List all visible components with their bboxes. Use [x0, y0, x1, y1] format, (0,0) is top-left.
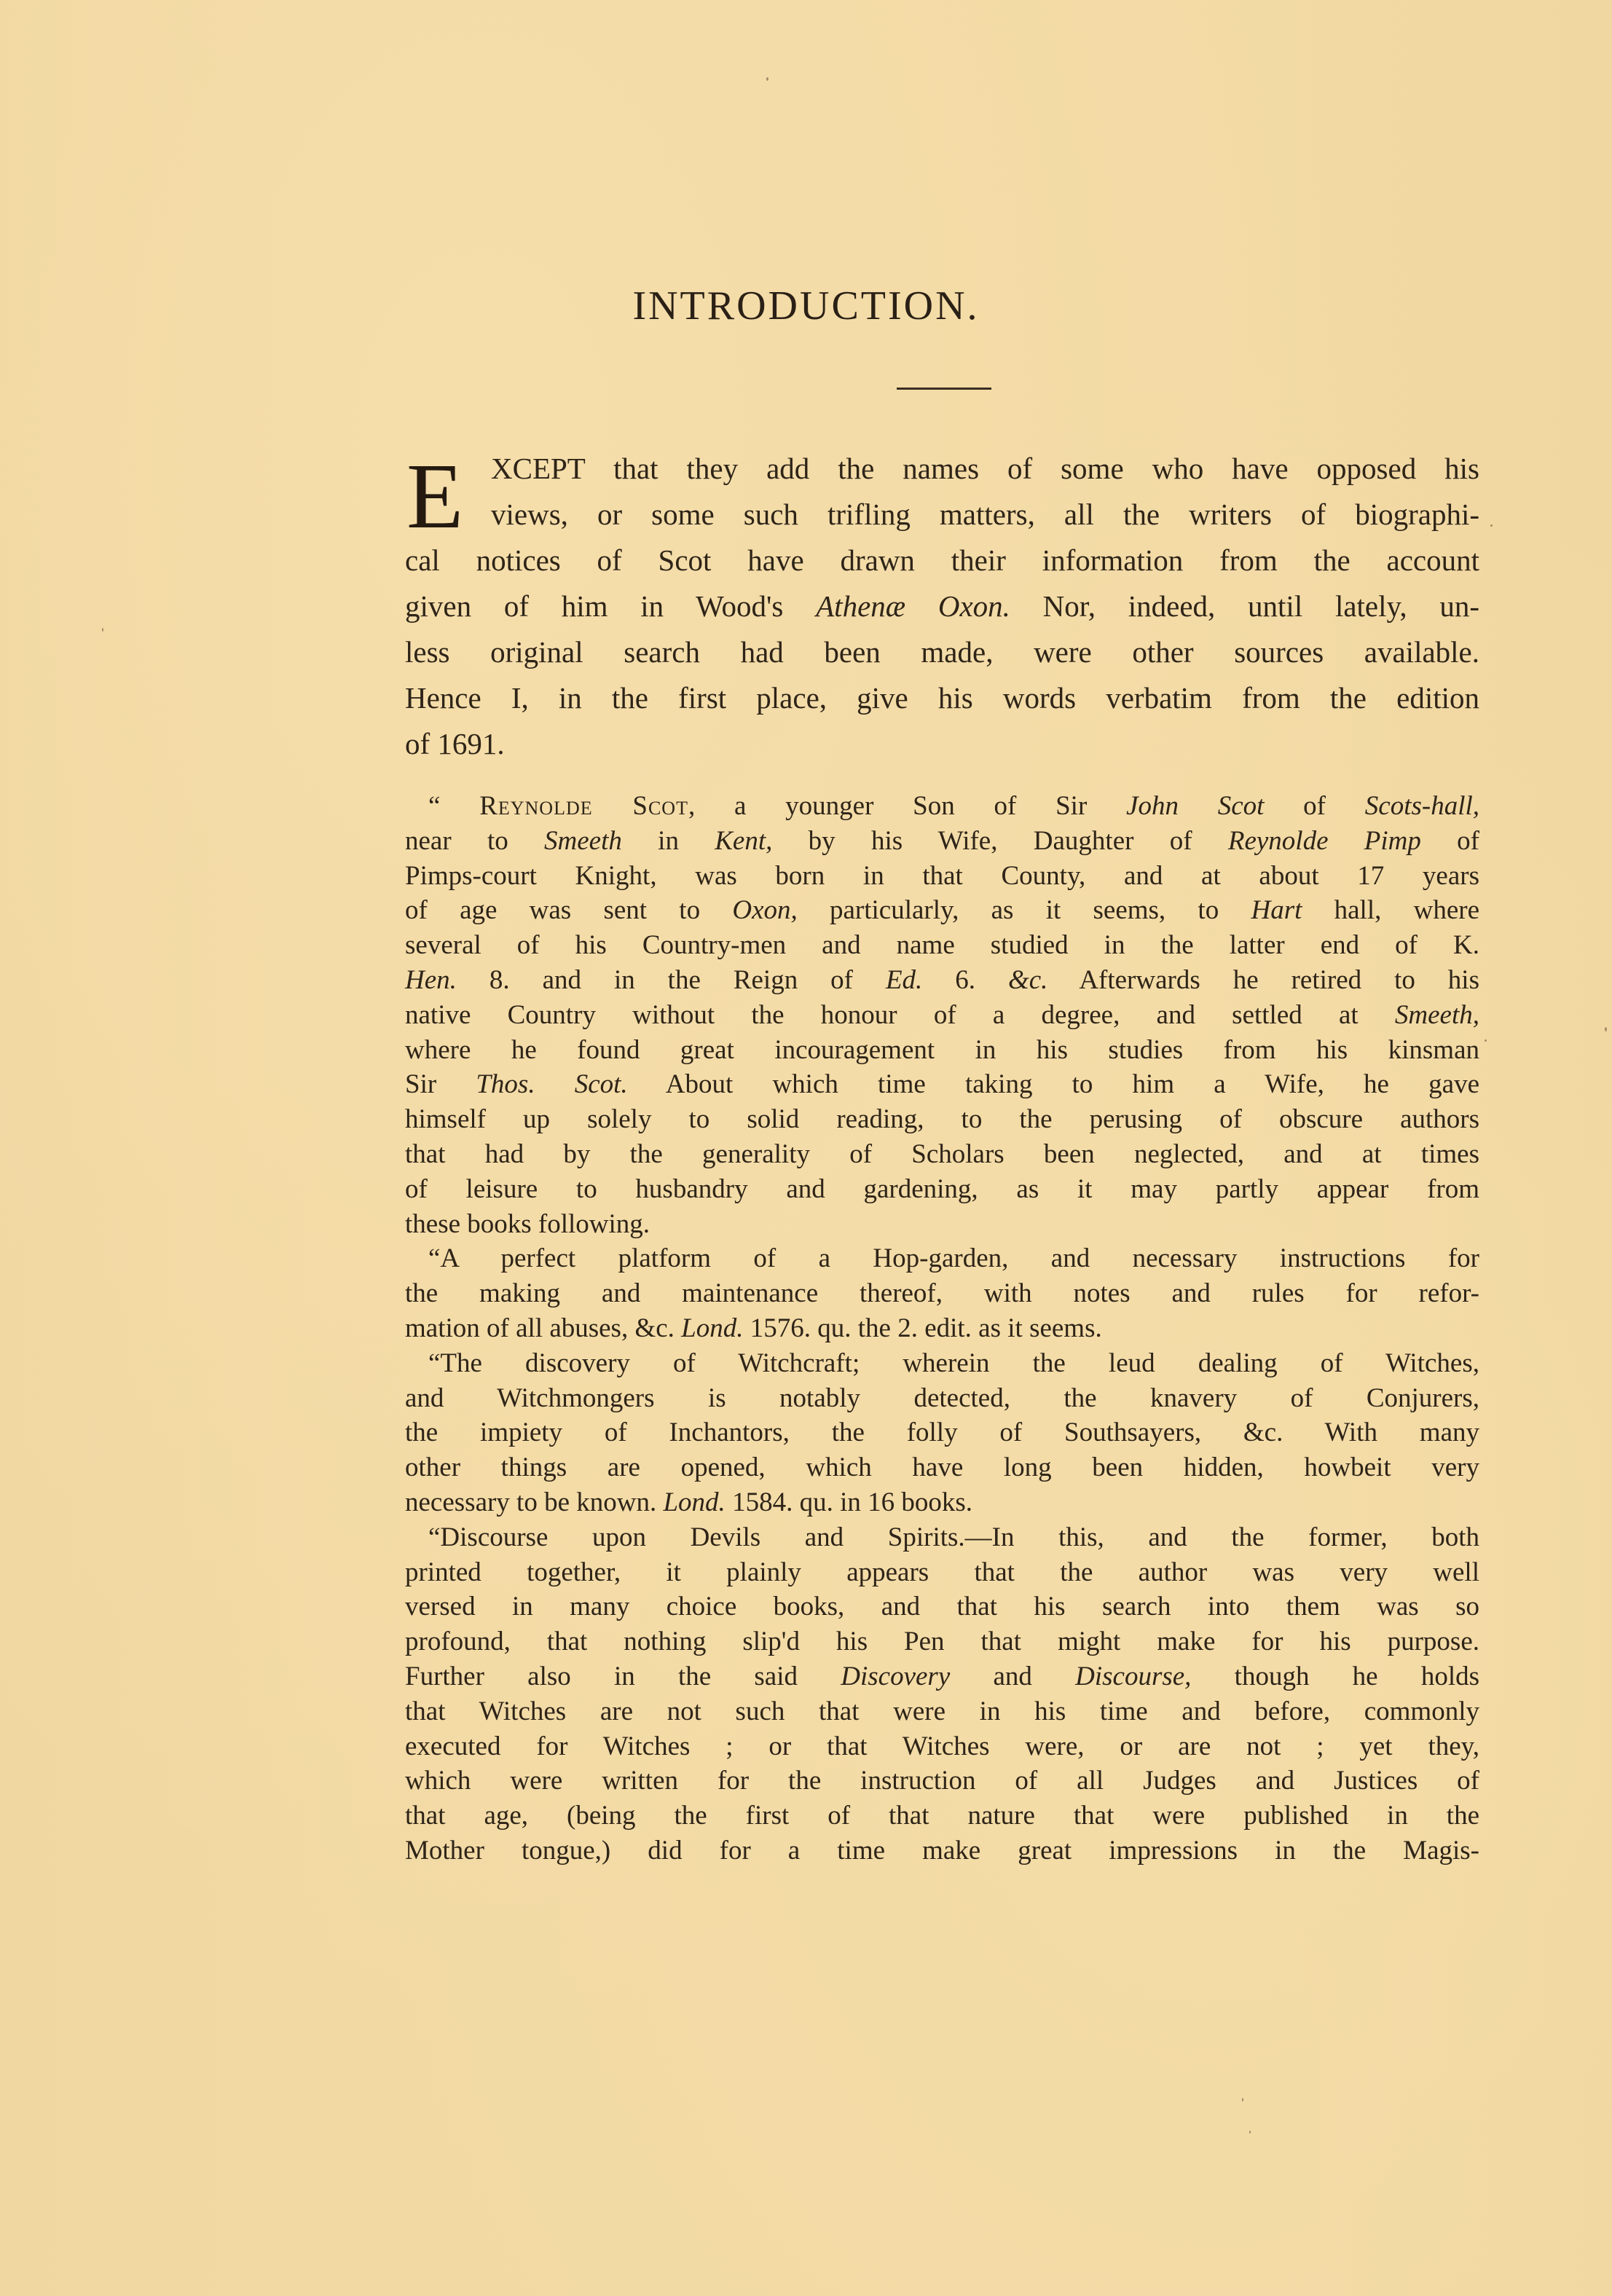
quote-line: Mother tongue,) did for a time make grea…	[405, 1833, 1479, 1868]
drop-cap: E	[406, 456, 463, 536]
italic-text: Discourse,	[1075, 1662, 1191, 1691]
paper-speck	[1605, 1027, 1607, 1031]
quote-line: that age, (being the first of that natur…	[405, 1798, 1479, 1833]
quote-line: which were written for the instruction o…	[405, 1764, 1479, 1798]
italic-text: Reynolde Pimp	[1228, 826, 1421, 856]
paper-speck	[1490, 524, 1493, 527]
quote-line: “ Reynolde Scot, a younger Son of Sir Jo…	[405, 789, 1479, 824]
quote-line: where he found great incouragement in hi…	[405, 1033, 1479, 1068]
italic-text: Lond.	[663, 1487, 725, 1517]
quote-line: “The discovery of Witchcraft; wherein th…	[405, 1346, 1479, 1381]
text-line: given of him in Wood's Athenæ Oxon. Nor,…	[405, 583, 1479, 629]
intro-lines: XCEPT that they add the names of some wh…	[405, 446, 1479, 767]
quote-line: printed together, it plainly appears tha…	[405, 1555, 1479, 1590]
paper-speck	[1242, 2098, 1243, 2102]
text-line: Hence I, in the first place, give his wo…	[405, 675, 1479, 721]
text-line: views, or some such trifling matters, al…	[405, 492, 1479, 538]
italic-text: Lond.	[681, 1313, 743, 1343]
quote-line: other things are opened, which have long…	[405, 1450, 1479, 1485]
text-line: less original search had been made, were…	[405, 629, 1479, 675]
page-title: INTRODUCTION.	[0, 283, 1612, 329]
quote-line: the making and maintenance thereof, with…	[405, 1276, 1479, 1311]
quote-line: Hen. 8. and in the Reign of Ed. 6. &c. A…	[405, 963, 1479, 998]
quote-line: executed for Witches ; or that Witches w…	[405, 1729, 1479, 1764]
quote-line: these books following.	[405, 1207, 1479, 1242]
italic-text: Smeeth,	[1395, 1000, 1479, 1030]
quotation-block: “ Reynolde Scot, a younger Son of Sir Jo…	[405, 789, 1479, 1868]
italic-text: Smeeth	[544, 826, 622, 856]
title-divider-rule	[897, 388, 991, 390]
quote-line: Sir Thos. Scot. About which time taking …	[405, 1067, 1479, 1102]
quote-line: Further also in the said Discovery and D…	[405, 1659, 1479, 1694]
quote-line: “Discourse upon Devils and Spirits.—In t…	[405, 1520, 1479, 1555]
italic-text: Thos. Scot.	[476, 1069, 627, 1099]
italic-text: Hart	[1251, 895, 1302, 925]
small-caps-name: Reynolde Scot	[479, 791, 688, 821]
quote-line: of age was sent to Oxon, particularly, a…	[405, 893, 1479, 928]
quote-line: “A perfect platform of a Hop-garden, and…	[405, 1241, 1479, 1276]
quote-line: mation of all abuses, &c. Lond. 1576. qu…	[405, 1311, 1479, 1346]
quote-line: that Witches are not such that were in h…	[405, 1694, 1479, 1729]
italic-text: Kent,	[715, 826, 772, 856]
quote-line: profound, that nothing slip'd his Pen th…	[405, 1624, 1479, 1659]
paper-speck	[1249, 2131, 1251, 2134]
paper-speck	[102, 628, 103, 632]
italic-text: John Scot	[1126, 791, 1264, 821]
intro-paragraph: E XCEPT that they add the names of some …	[405, 446, 1479, 767]
text-line: XCEPT that they add the names of some wh…	[405, 446, 1479, 492]
text-line: cal notices of Scot have drawn their inf…	[405, 538, 1479, 583]
quote-line: that had by the generality of Scholars b…	[405, 1137, 1479, 1172]
quote-line: necessary to be known. Lond. 1584. qu. i…	[405, 1485, 1479, 1520]
italic-text: Athenæ Oxon.	[816, 589, 1010, 623]
quote-line: of leisure to husbandry and gardening, a…	[405, 1172, 1479, 1207]
text-line: of 1691.	[405, 721, 1479, 767]
quote-line: the impiety of Inchantors, the folly of …	[405, 1415, 1479, 1450]
italic-text: Scots-hall,	[1365, 791, 1479, 821]
quote-line: himself up solely to solid reading, to t…	[405, 1102, 1479, 1137]
quote-line: near to Smeeth in Kent, by his Wife, Dau…	[405, 824, 1479, 859]
quote-line: versed in many choice books, and that hi…	[405, 1589, 1479, 1624]
paper-speck	[1485, 1039, 1487, 1042]
italic-text: Hen.	[405, 965, 457, 995]
italic-text: Ed.	[886, 965, 922, 995]
italic-text: &c.	[1008, 965, 1047, 995]
quote-line: and Witchmongers is notably detected, th…	[405, 1381, 1479, 1416]
italic-text: Oxon,	[732, 895, 797, 925]
quote-line: native Country without the honour of a d…	[405, 998, 1479, 1033]
book-page: INTRODUCTION. E XCEPT that they add the …	[0, 0, 1612, 2296]
italic-text: Discovery	[841, 1662, 950, 1691]
quote-line: several of his Country-men and name stud…	[405, 928, 1479, 963]
quote-line: Pimps-court Knight, was born in that Cou…	[405, 859, 1479, 894]
paper-speck	[766, 77, 768, 81]
